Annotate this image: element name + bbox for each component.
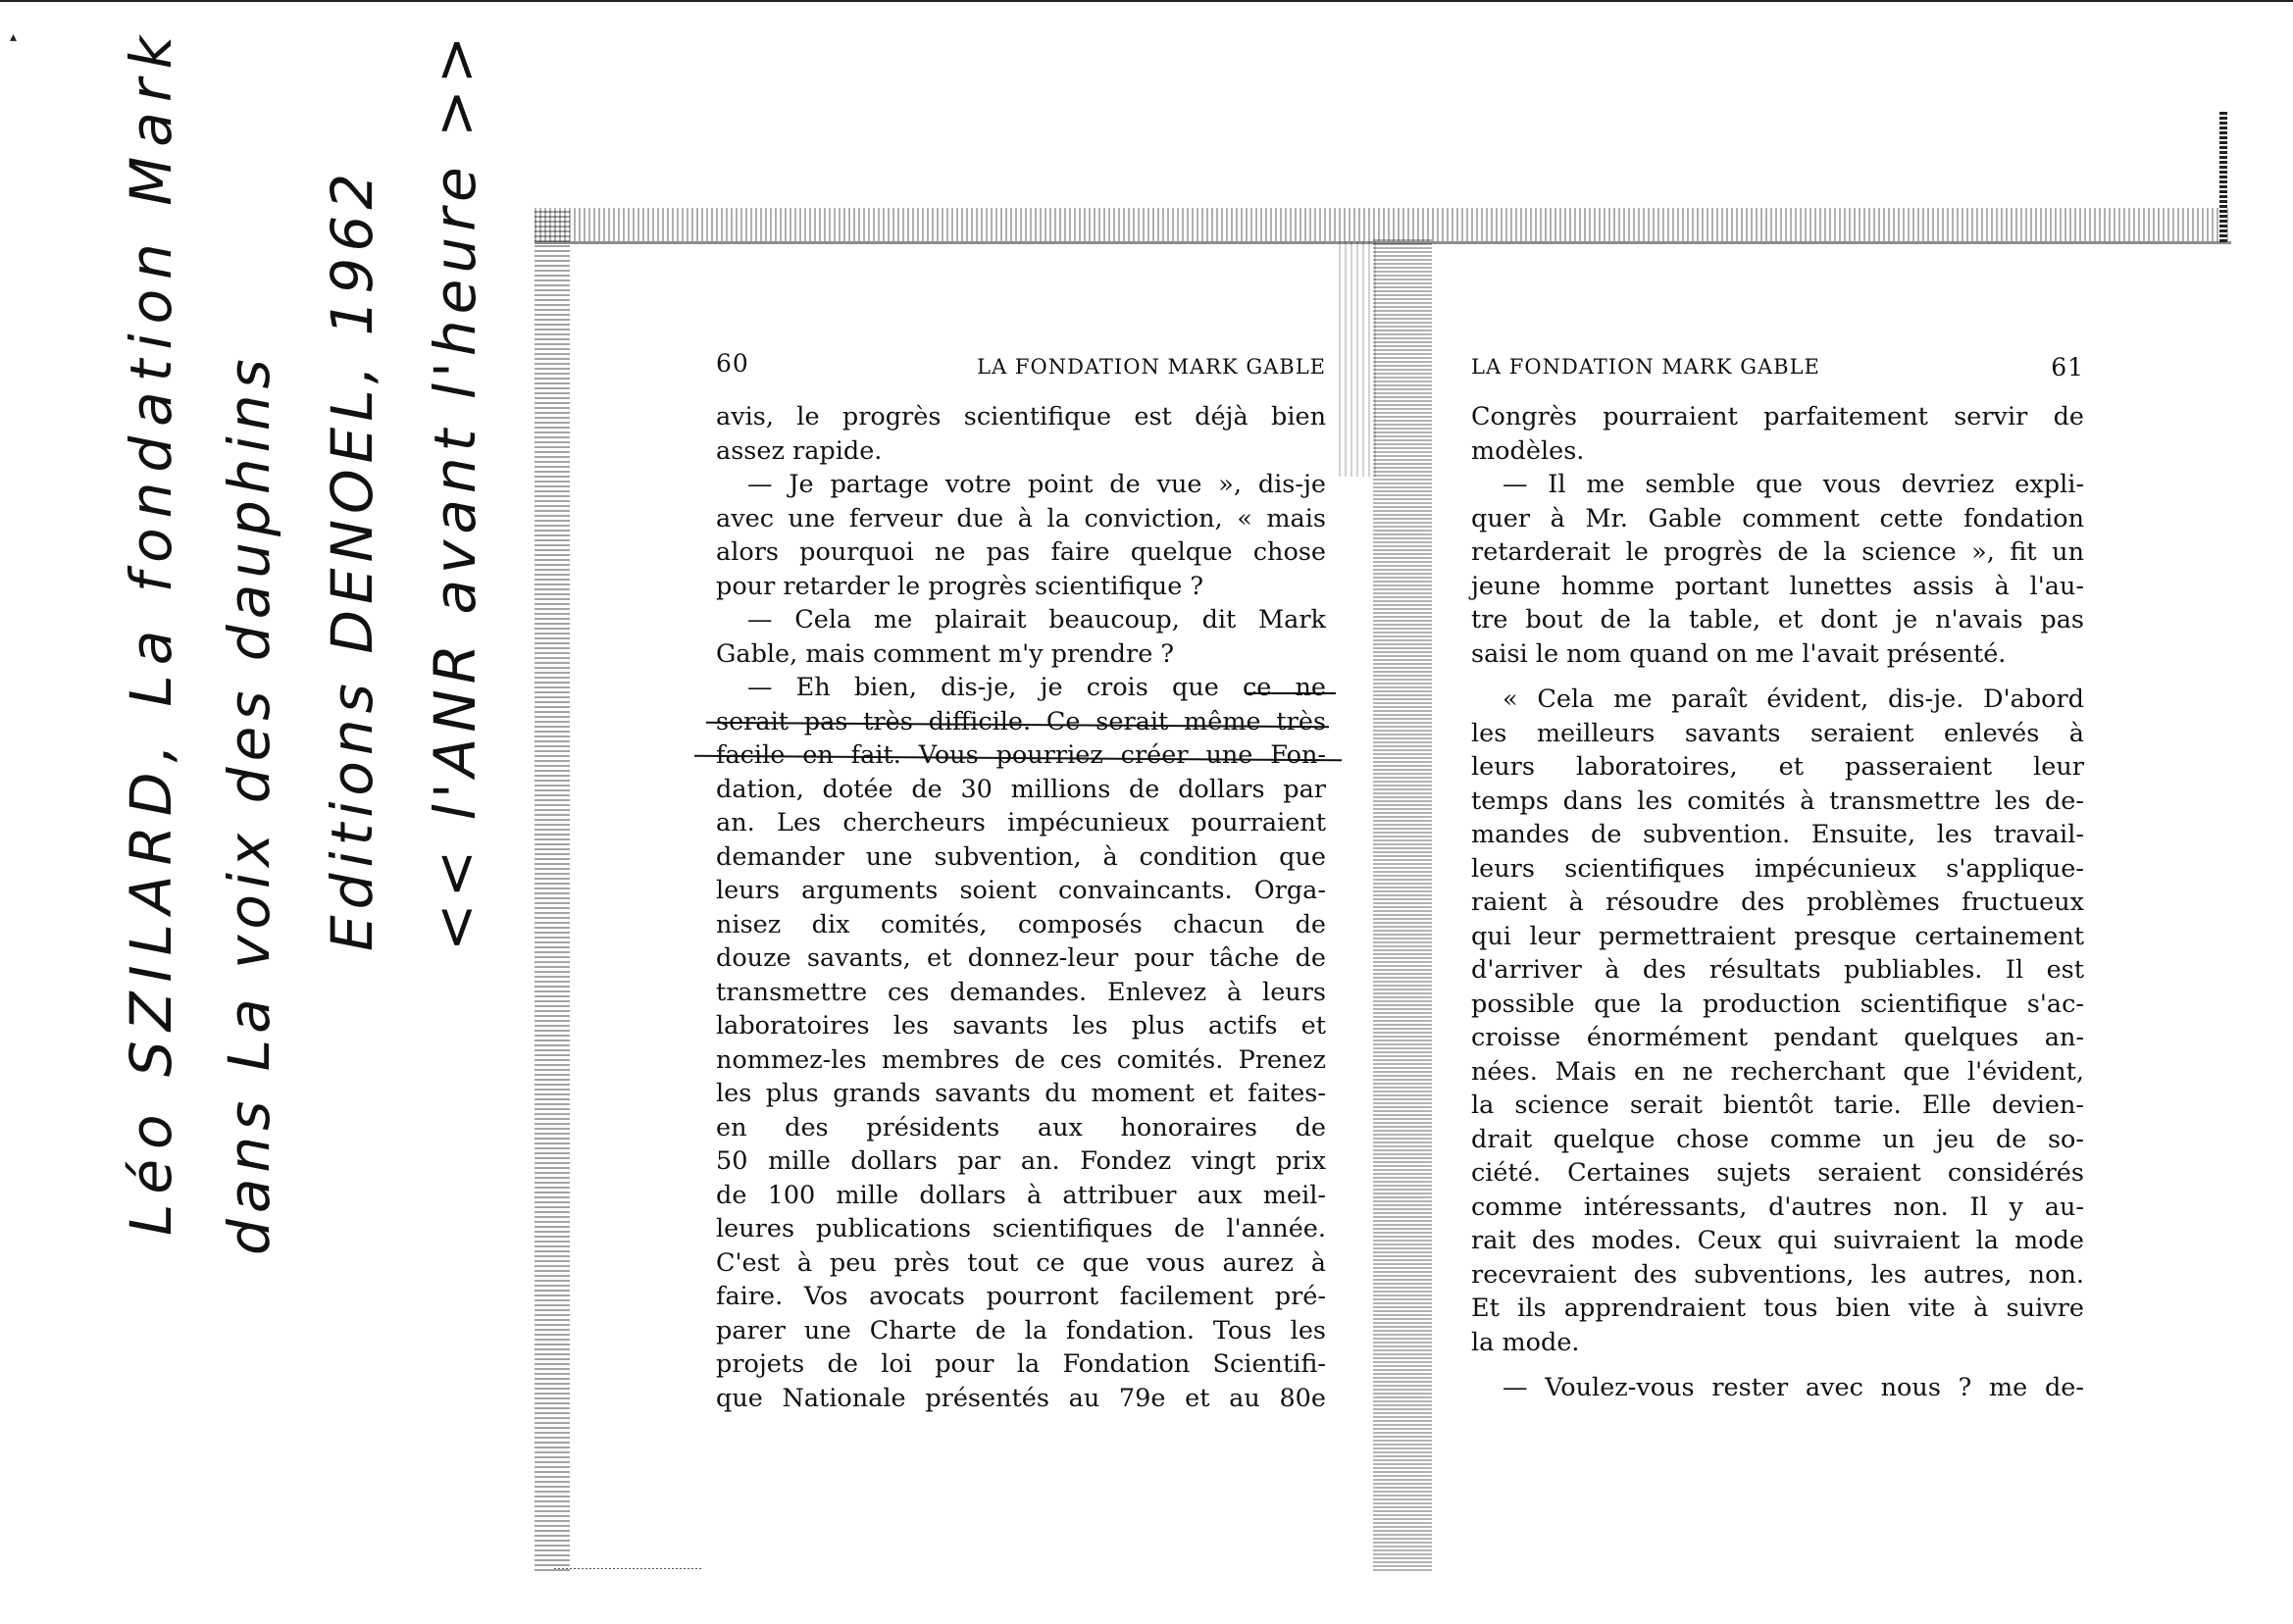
text-line: Et ils apprendraient tous bien vite à su…	[1471, 1292, 2084, 1326]
book-gutter	[1373, 237, 1432, 1571]
scan-speck: ▴	[10, 29, 17, 45]
text-line: transmettre ces demandes. Enlevez à leur…	[716, 976, 1326, 1010]
page-left-edge	[535, 208, 570, 1571]
text-line: « Cela me paraît évident, dis-je. D'abor…	[1471, 683, 2084, 717]
text-line: leurs scientifiques impécunieux s'appliq…	[1471, 852, 2084, 887]
text-line-underlined: pour retarder le progrès scientifique ?	[716, 570, 1326, 604]
page-body-text: avis, le progrès scientifique est déjà b…	[716, 400, 1326, 1415]
text-line: saisi le nom quand on me l'avait présent…	[1471, 637, 2084, 672]
text-line: la mode.	[1471, 1326, 2084, 1360]
text-line: — Voulez-vous rester avec nous ? me de-	[1471, 1371, 2084, 1405]
handwritten-annotation: Léo SZILARD, La fondation Mark Gable, da…	[108, 0, 520, 1275]
running-head: 60 LA FONDATION MARK GABLE	[716, 355, 1326, 384]
text-line: — Cela me plairait beaucoup, dit Mark	[716, 603, 1326, 637]
text-line: temps dans les comités à transmettre les…	[1471, 785, 2084, 819]
text-line: d'arriver à des résultats publiables. Il…	[1471, 953, 2084, 988]
text-line: possible que la production scientifique …	[1471, 988, 2084, 1022]
text-line: dation, dotée de 30 millions de dollars …	[716, 773, 1326, 807]
page-bottom-edge	[554, 1568, 701, 1569]
book-spread-scan: 60 LA FONDATION MARK GABLE avis, le prog…	[535, 208, 2231, 1581]
text-line: avis, le progrès scientifique est déjà b…	[716, 400, 1326, 434]
page-number: 60	[716, 349, 749, 378]
text-line: ciété. Certaines sujets seraient considé…	[1471, 1156, 2084, 1191]
text-line: qui leur permettraient presque certainem…	[1471, 920, 2084, 954]
text-line: que Nationale présentés au 79e et au 80e	[716, 1382, 1326, 1416]
text-line: mandes de subvention. Ensuite, les trava…	[1471, 818, 2084, 852]
text-line: la science serait bientôt tarie. Elle de…	[1471, 1089, 2084, 1123]
text-line: tre bout de la table, et dont je n'avais…	[1471, 603, 2084, 637]
text-line: C'est à peu près tout ce que vous aurez …	[716, 1246, 1326, 1281]
text-line: drait quelque chose comme un jeu de so-	[1471, 1123, 2084, 1157]
text-line: les meilleurs savants seraient enlevés à	[1471, 717, 2084, 751]
text-line: — Il me semble que vous devriez expli-	[1471, 468, 2084, 502]
text-line: — Je partage votre point de vue », dis-j…	[716, 468, 1326, 502]
text-line: jeune homme portant lunettes assis à l'a…	[1471, 570, 2084, 604]
text-line: les plus grands savants du moment et fai…	[716, 1077, 1326, 1111]
text-line: Congrès pourraient parfaitement servir d…	[1471, 400, 2084, 434]
text-line: retarderait le progrès de la science », …	[1471, 535, 2084, 570]
annotation-line-publisher: Editions DENOEL, 1962	[319, 168, 385, 951]
text-line: de 100 mille dollars à attribuer aux mei…	[716, 1179, 1326, 1213]
text-line: demander une subvention, à condition que	[716, 840, 1326, 875]
text-line: 50 mille dollars par an. Fondez vingt pr…	[716, 1144, 1326, 1179]
running-head-title: LA FONDATION MARK GABLE	[1471, 355, 1820, 379]
page-right-edge	[2219, 110, 2227, 242]
text-line: nommez-les membres de ces comités. Prene…	[716, 1043, 1326, 1078]
text-line: leures publications scientifiques de l'a…	[716, 1212, 1326, 1246]
text-line: avec une ferveur due à la conviction, « …	[716, 502, 1326, 536]
running-head-title: LA FONDATION MARK GABLE	[977, 355, 1326, 379]
text-line: quer à Mr. Gable comment cette fondation	[1471, 502, 2084, 536]
annotation-line-collection: dans La voix des dauphins	[216, 353, 282, 1255]
text-line: faire. Vos avocats pourront facilement p…	[716, 1280, 1326, 1314]
text-line: an. Les chercheurs impécunieux pourraien…	[716, 806, 1326, 840]
text-line: assez rapide.	[716, 434, 1326, 469]
text-line: nées. Mais en ne recherchant que l'évide…	[1471, 1055, 2084, 1090]
text-line: Gable, mais comment m'y prendre ?	[716, 637, 1326, 672]
annotation-line-author-title: Léo SZILARD, La fondation Mark Gable,	[118, 0, 184, 1236]
paragraph-gap	[1471, 671, 2084, 683]
page-number: 61	[2051, 353, 2084, 381]
text-line: leurs laboratoires, et passeraient leur	[1471, 750, 2084, 785]
gutter-shadow	[1339, 241, 1378, 477]
text-line: comme intéressants, d'autres non. Il y a…	[1471, 1191, 2084, 1225]
text-line: recevraient des subventions, les autres,…	[1471, 1258, 2084, 1293]
text-line: nisez dix comités, composés chacun de	[716, 908, 1326, 942]
running-head: LA FONDATION MARK GABLE 61	[1471, 355, 2084, 384]
text-line: croisse énormément pendant quelques an-	[1471, 1021, 2084, 1055]
pen-underline	[1246, 692, 1336, 694]
text-line: raient à résoudre des problèmes fructueu…	[1471, 886, 2084, 920]
annotation-line-comment: << l'ANR avant l'heure >>	[422, 30, 488, 951]
text-line: leurs arguments soient convaincants. Org…	[716, 874, 1326, 908]
paragraph-gap	[1471, 1359, 2084, 1371]
text-line: rait des modes. Ceux qui suivraient la m…	[1471, 1224, 2084, 1258]
text-line: en des présidents aux honoraires de	[716, 1111, 1326, 1145]
text-line: — Eh bien, dis-je, je crois que ce ne	[716, 671, 1326, 705]
text-line: laboratoires les savants les plus actifs…	[716, 1009, 1326, 1043]
text-line: douze savants, et donnez-leur pour tâche…	[716, 941, 1326, 976]
text-line-underlined: alors pourquoi ne pas faire quelque chos…	[716, 535, 1326, 570]
text-line: projets de loi pour la Fondation Scienti…	[716, 1347, 1326, 1382]
page-body-text: Congrès pourraient parfaitement servir d…	[1471, 400, 2084, 1405]
text-line: modèles.	[1471, 434, 2084, 469]
text-line: parer une Charte de la fondation. Tous l…	[716, 1314, 1326, 1348]
